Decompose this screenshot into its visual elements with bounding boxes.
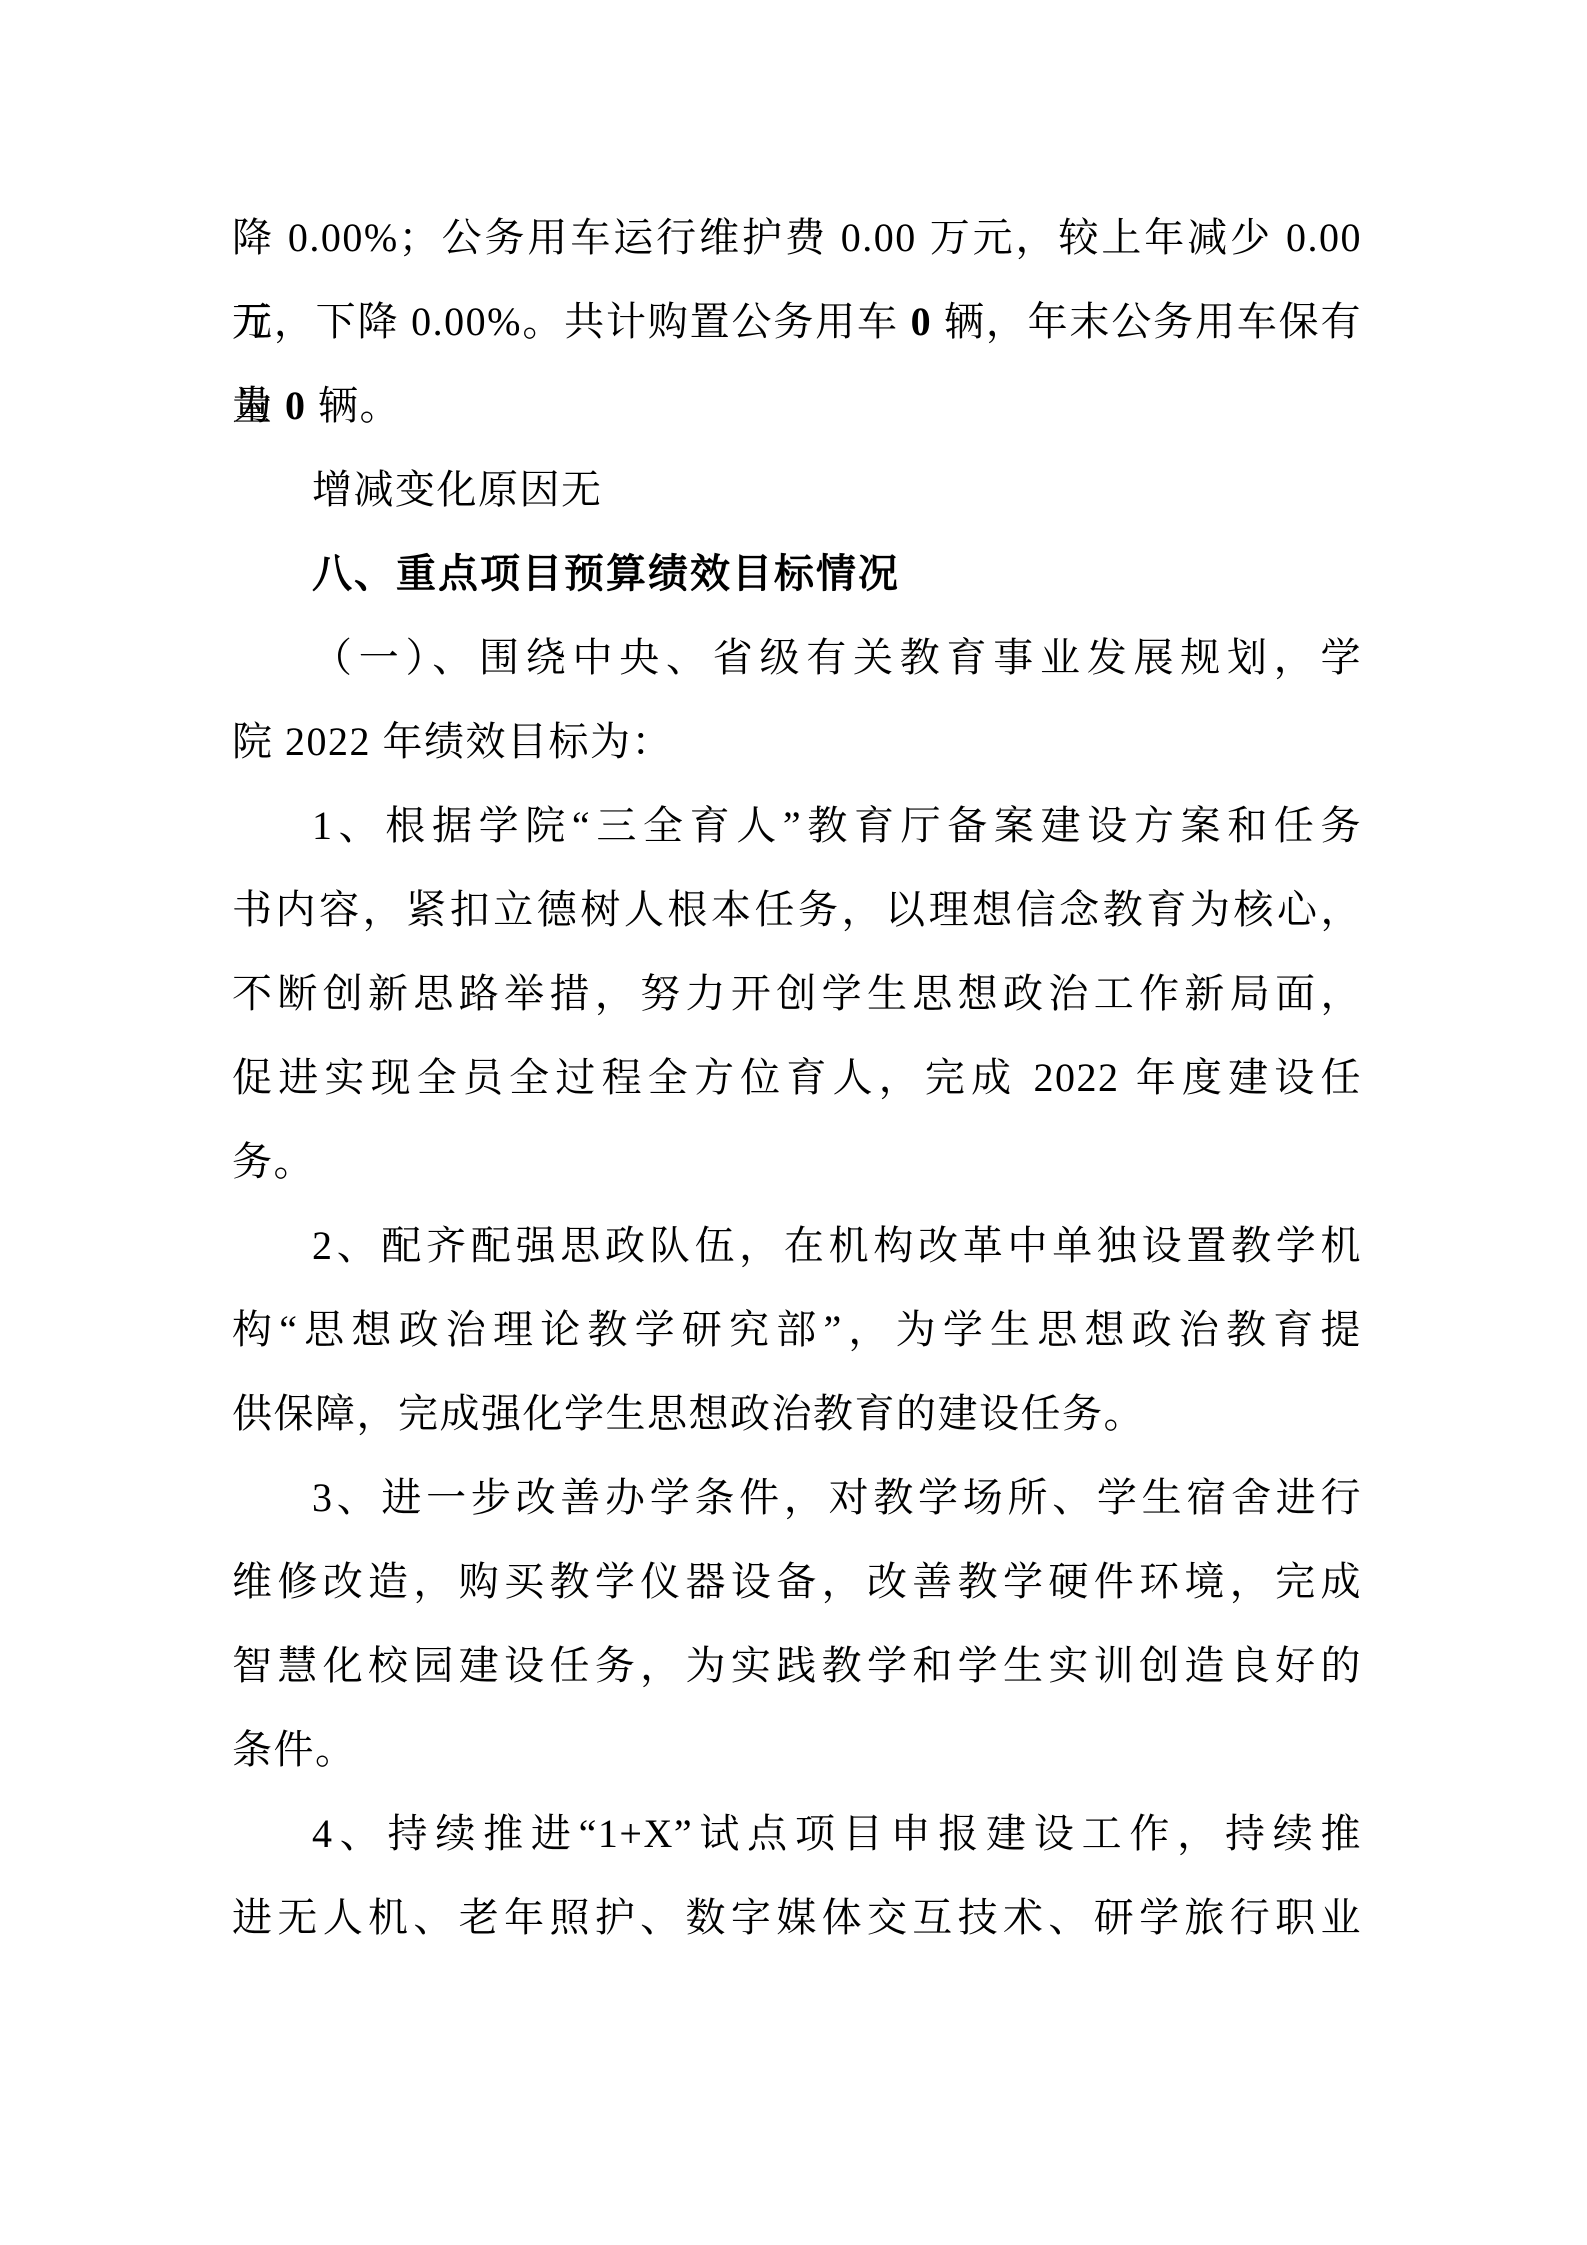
section-heading: 八、重点项目预算绩效目标情况 [232, 532, 1362, 616]
paragraph-start-line: 1、根据学院“三全育人”教育厅备案建设方案和任务 [232, 784, 1362, 868]
text-line: 降 0.00%；公务用车运行维护费 0.00 万元，较上年减少 0.00 万 [232, 196, 1362, 280]
text-line: 促进实现全员全过程全方位育人，完成 2022 年度建设任 [232, 1036, 1362, 1120]
text-segment: 元，下降 0.00%。共计购置公务用车 [232, 299, 911, 344]
paragraph-start-line: 增减变化原因无 [232, 448, 1362, 532]
text-line: 智慧化校园建设任务，为实践教学和学生实训创造良好的 [232, 1624, 1362, 1708]
bold-number: 0 [285, 383, 307, 428]
text-segment: 为 [232, 383, 285, 428]
text-line: 元，下降 0.00%。共计购置公务用车 0 辆，年末公务用车保有量 [232, 280, 1362, 364]
text-segment: 辆。 [307, 383, 402, 428]
text-line: 书内容，紧扣立德树人根本任务，以理想信念教育为核心， [232, 868, 1362, 952]
text-line: 不断创新思路举措，努力开创学生思想政治工作新局面， [232, 952, 1362, 1036]
text-line: 进无人机、老年照护、数字媒体交互技术、研学旅行职业 [232, 1876, 1362, 1960]
paragraph-start-line: 4、持续推进“1+X”试点项目申报建设工作，持续推 [232, 1792, 1362, 1876]
text-line: 院 2022 年绩效目标为： [232, 700, 1362, 784]
text-line: 维修改造，购买教学仪器设备，改善教学硬件环境，完成 [232, 1540, 1362, 1624]
text-line: 供保障，完成强化学生思想政治教育的建设任务。 [232, 1372, 1362, 1456]
text-block: 降 0.00%；公务用车运行维护费 0.00 万元，较上年减少 0.00 万 元… [232, 196, 1362, 1960]
text-line: 务。 [232, 1120, 1362, 1204]
bold-number: 0 [911, 299, 933, 344]
document-page: 降 0.00%；公务用车运行维护费 0.00 万元，较上年减少 0.00 万 元… [0, 0, 1587, 2245]
paragraph-start-line: 3、进一步改善办学条件，对教学场所、学生宿舍进行 [232, 1456, 1362, 1540]
paragraph-start-line: （一）、围绕中央、省级有关教育事业发展规划，学 [232, 616, 1362, 700]
paragraph-start-line: 2、配齐配强思政队伍，在机构改革中单独设置教学机 [232, 1204, 1362, 1288]
text-line: 条件。 [232, 1708, 1362, 1792]
text-line: 构“思想政治理论教学研究部”，为学生思想政治教育提 [232, 1288, 1362, 1372]
text-line: 为 0 辆。 [232, 364, 1362, 448]
